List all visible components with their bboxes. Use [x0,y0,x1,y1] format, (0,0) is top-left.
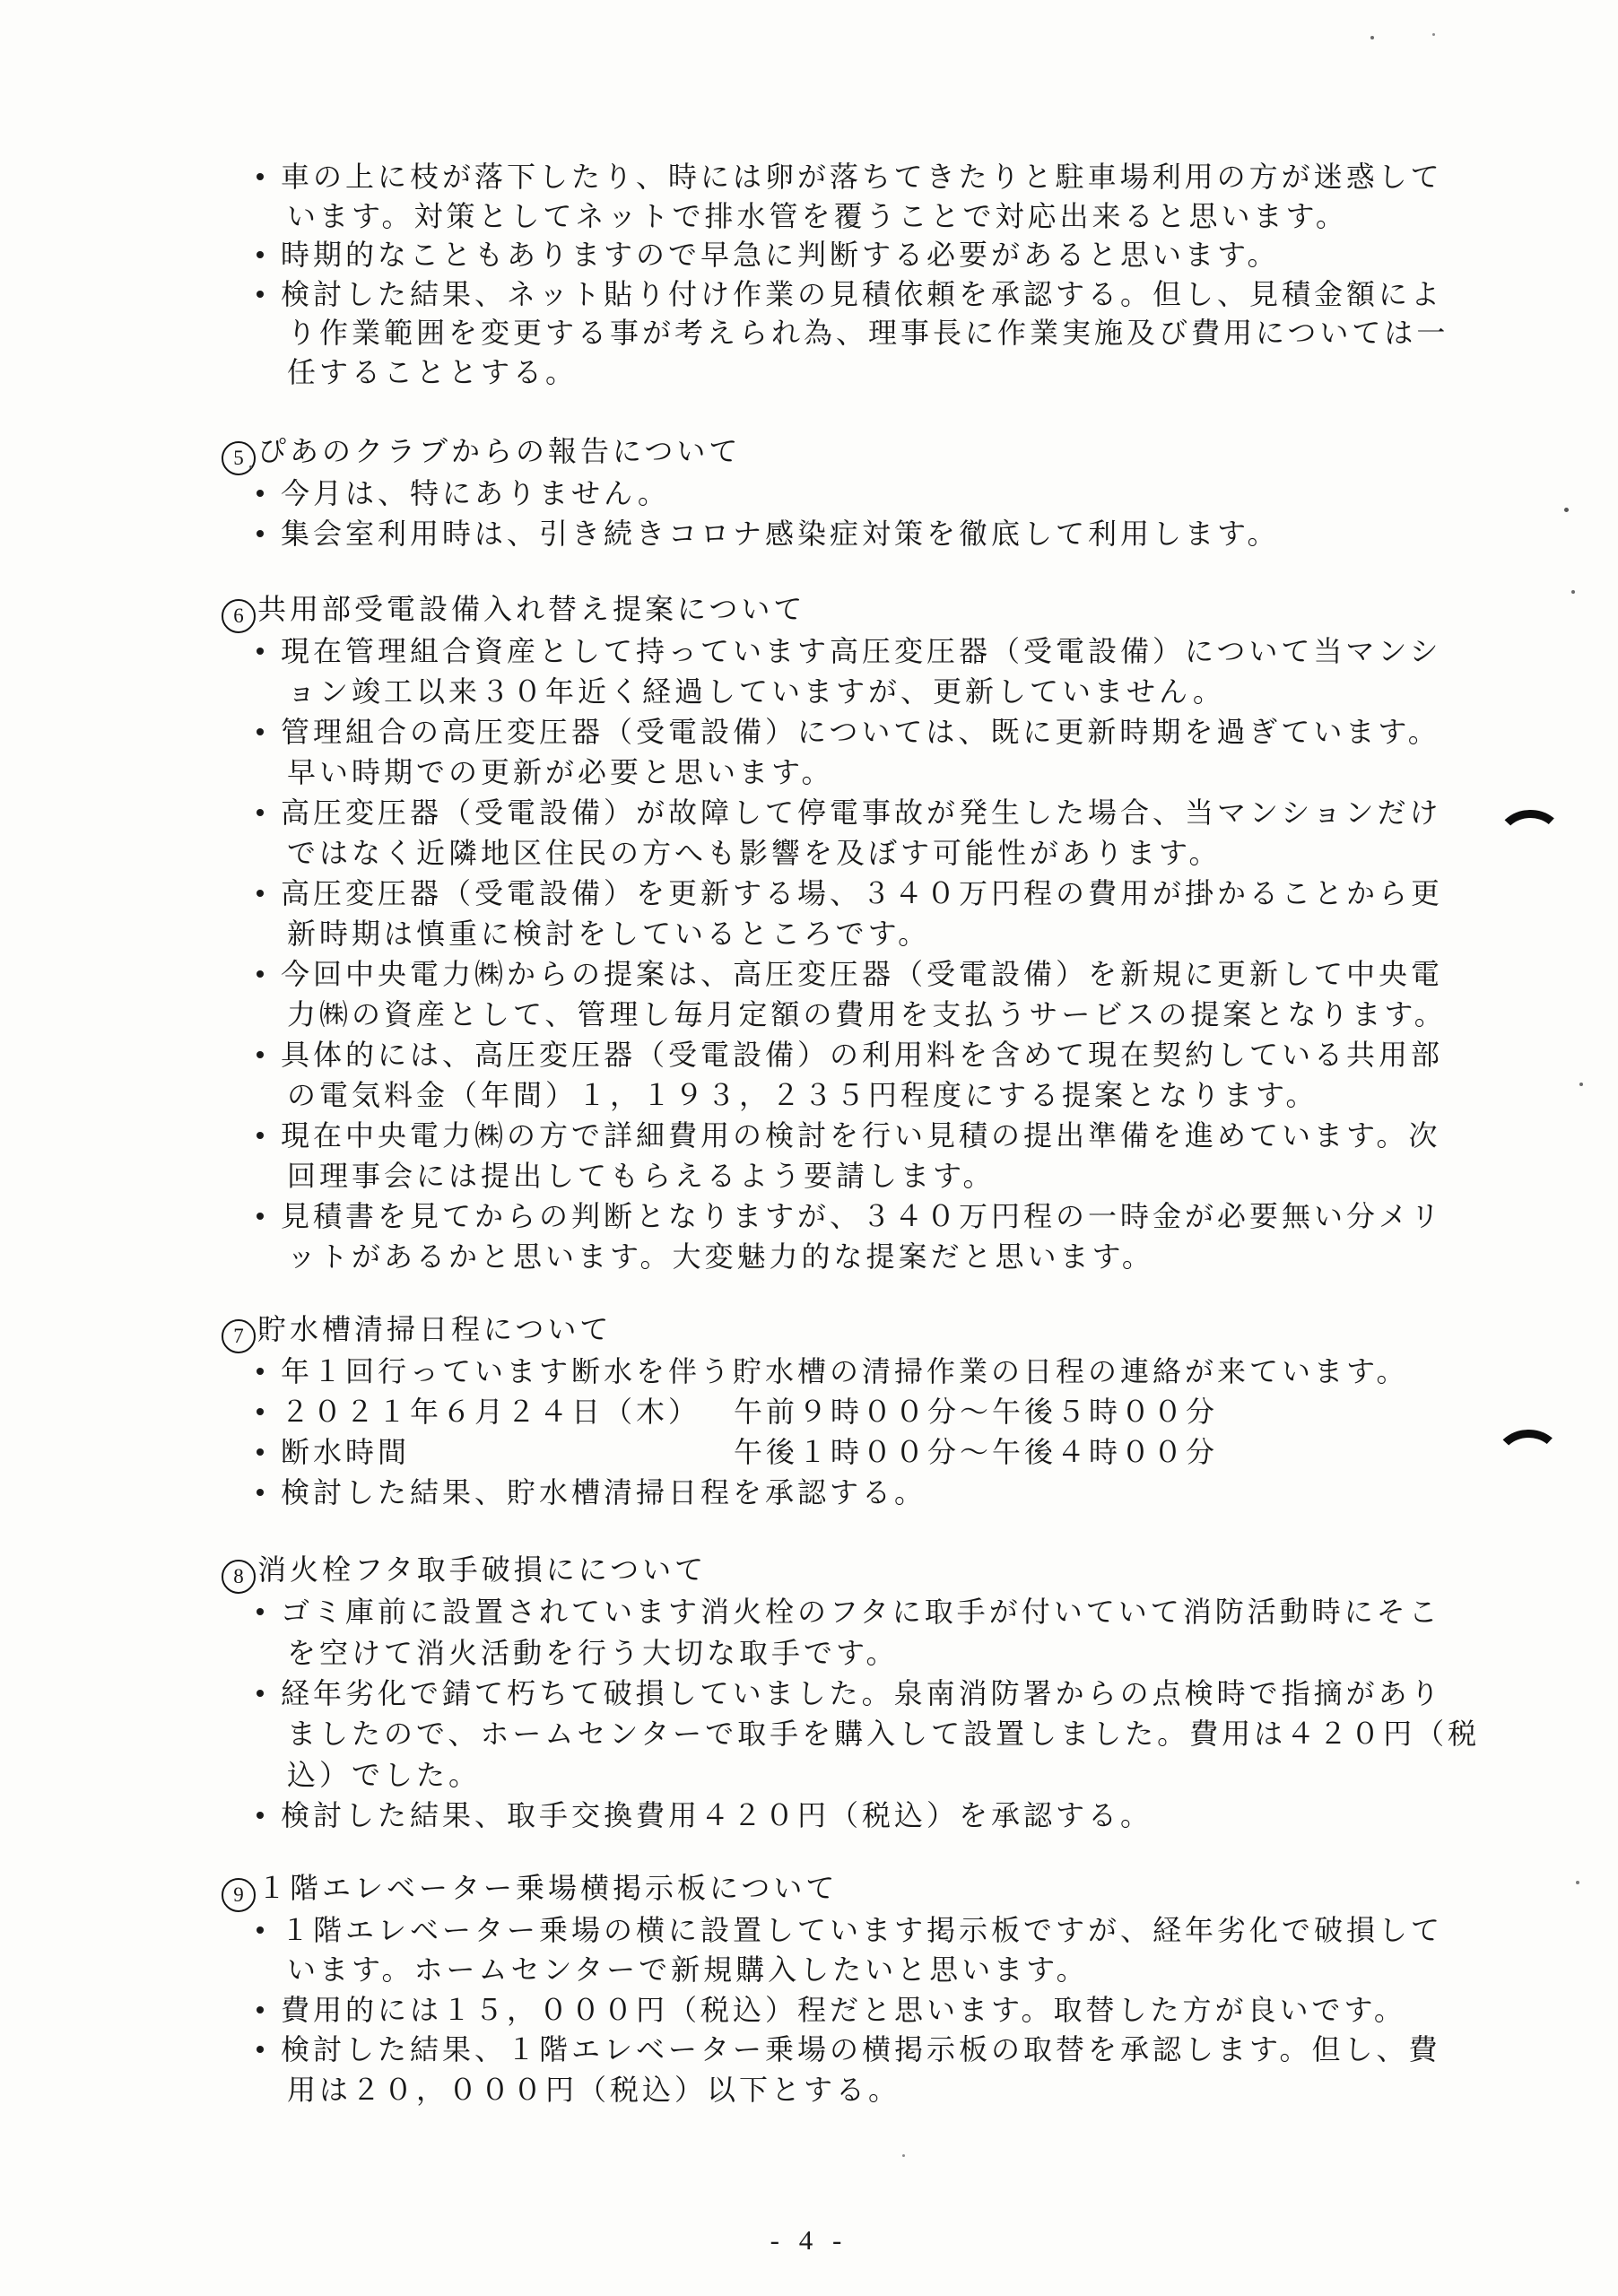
text-line: 回理事会には提出してもらえるよう要請します。 [287,1159,995,1193]
section-heading-item5: 5ぴあのクラブからの報告について [222,433,741,475]
text-line: 経年劣化で錆て朽ちて破損していました。泉南消防署からの点検時で指摘があり [281,1676,1443,1710]
bullet-dot [257,1132,264,1139]
scan-speck [1432,33,1435,36]
text-line: 検討した結果、取手交換費用４２０円（税込）を承認する。 [281,1798,1153,1832]
line-text: 今月は、特にありません。 [281,477,670,509]
line-text: 費用的には１５，０００円（税込）程だと思います。取替した方が良いです。 [281,1994,1406,2026]
bullet-dot [257,648,264,655]
circled-number: 5 [222,441,256,475]
circled-number: 8 [222,1560,256,1594]
bullet-dot [257,1368,264,1375]
text-line: 検討した結果、ネット貼り付け作業の見積依頼を承認する。但し、見積金額によ [281,277,1443,311]
line-text: の電気料金（年間）１，１９３，２３５円程度にする提案となります。 [287,1079,1318,1111]
text-line: 見積書を見てからの判断となりますが、３４０万円程の一時金が必要無い分メリ [281,1199,1443,1233]
text-line: を空けて消火活動を行う大切な取手です。 [287,1636,898,1670]
line-text: 集会室利用時は、引き続きコロナ感染症対策を徹底して利用します。 [281,517,1279,550]
line-text: 車の上に枝が落下したり、時には卵が落ちてきたりと駐車場利用の方が迷惑して [281,161,1443,193]
line-text: 管理組合の高圧変圧器（受電設備）については、既に更新時期を過ぎています。 [281,716,1440,748]
bullet-dot [257,251,264,258]
line-text: 込）でした。 [287,1759,481,1791]
scan-speck [1576,1881,1579,1884]
bullet-dot [257,2046,264,2053]
text-line: 現在管理組合資産として持っています高圧変圧器（受電設備）について当マンシ [281,634,1442,668]
scan-speck [249,465,252,468]
line-text: 高圧変圧器（受電設備）を更新する場、３４０万円程の費用が掛かることから更 [281,877,1443,909]
text-line: 検討した結果、１階エレベーター乗場の横掲示板の取替を承認します。但し、費 [281,2032,1440,2066]
section-title: ぴあのクラブからの報告について [257,435,741,467]
section-title: １階エレベーター乗場横掲示板について [257,1872,838,1904]
text-line: 用は２０，０００円（税込）以下とする。 [287,2073,900,2107]
line-text: 時期的なこともありますので早急に判断する必要があると思います。 [281,239,1279,271]
scan-speck [1370,36,1374,39]
line-text: 高圧変圧器（受電設備）が故障して停電事故が発生した場合、当マンションだけ [281,796,1442,829]
line-text: います。対策としてネットで排水管を覆うことで対応出来ると思います。 [287,200,1348,232]
section-title: 貯水槽清掃日程について [257,1313,612,1345]
text-line: の電気料金（年間）１，１９３，２３５円程度にする提案となります。 [287,1078,1318,1112]
text-line: ２０２１年６月２４日（木）午前９時００分～午後５時００分 [281,1395,700,1429]
line-text: 今回中央電力㈱からの提案は、高圧変圧器（受電設備）を新規に更新して中央電 [281,958,1443,990]
scan-speck [1571,590,1575,594]
circled-number: 7 [222,1319,256,1353]
text-line: り作業範囲を変更する事が考えられ為、理事長に作業実施及び費用については一 [287,316,1448,350]
text-line: 新時期は慎重に検討をしているところです。 [287,917,930,951]
text-line: 具体的には、高圧変圧器（受電設備）の利用料を含めて現在契約している共用部 [281,1038,1443,1072]
text-line: 込）でした。 [287,1758,481,1792]
line-text: 検討した結果、ネット貼り付け作業の見積依頼を承認する。但し、見積金額によ [281,278,1443,310]
text-line: 今回中央電力㈱からの提案は、高圧変圧器（受電設備）を新規に更新して中央電 [281,957,1443,991]
line-text: 用は２０，０００円（税込）以下とする。 [287,2074,900,2106]
circled-number: 9 [222,1878,256,1912]
text-line: 早い時期での更新が必要と思います。 [287,755,833,789]
scanned-document-page: 車の上に枝が落下したり、時には卵が落ちてきたりと駐車場利用の方が迷惑しています。… [0,0,1618,2296]
line-text: 新時期は慎重に検討をしているところです。 [287,918,930,950]
circled-number: 6 [222,599,256,633]
line-text: 具体的には、高圧変圧器（受電設備）の利用料を含めて現在契約している共用部 [281,1039,1443,1071]
text-line: 管理組合の高圧変圧器（受電設備）については、既に更新時期を過ぎています。 [281,715,1440,749]
line-text-column2: 午前９時００分～午後５時００分 [734,1395,1218,1429]
line-text: ゴミ庫前に設置されています消火栓のフタに取手が付いていて消防活動時にそこ [281,1596,1441,1628]
line-text: 回理事会には提出してもらえるよう要請します。 [287,1160,995,1192]
line-text: 年１回行っています断水を伴う貯水槽の清掃作業の日程の連絡が来ています。 [281,1355,1408,1387]
line-text-column2: 午後１時００分～午後４時００分 [734,1435,1218,1469]
scan-speck [902,2154,905,2157]
section-title: 消火栓フタ取手破損にについて [257,1553,707,1586]
bullet-dot [257,1812,264,1819]
bullet-dot [257,1051,264,1058]
text-line: 検討した結果、貯水槽清掃日程を承認する。 [281,1475,926,1509]
section-heading-item7: 7貯水槽清掃日程について [222,1311,612,1353]
section-heading-item6: 6共用部受電設備入れ替え提案について [222,591,805,633]
line-text: 現在管理組合資産として持っています高圧変圧器（受電設備）について当マンシ [281,635,1442,667]
section-heading-item8: 8消火栓フタ取手破損にについて [222,1552,707,1594]
bullet-dot [257,1926,264,1934]
line-text: ましたので、ホームセンターで取手を購入して設置しました。費用は４２０円（税 [287,1718,1480,1750]
bullet-dot [257,490,264,497]
text-line: 高圧変圧器（受電設備）が故障して停電事故が発生した場合、当マンションだけ [281,796,1442,830]
line-text: ットがあるかと思います。大変魅力的な提案だと思います。 [287,1240,1154,1273]
text-line: 現在中央電力㈱の方で詳細費用の検討を行い見積の提出準備を進めています。次 [281,1118,1440,1152]
line-text: ２０２１年６月２４日（木） [281,1396,700,1428]
bullet-dot [257,530,264,537]
scan-speck [1564,508,1569,512]
line-text: 検討した結果、貯水槽清掃日程を承認する。 [281,1476,926,1509]
bullet-dot [257,2006,264,2013]
bullet-dot [257,1690,264,1697]
text-line: ットがあるかと思います。大変魅力的な提案だと思います。 [287,1239,1154,1274]
line-text: １階エレベーター乗場の横に設置しています掲示板ですが、経年劣化で破損して [281,1914,1443,1946]
text-line: ョン竣工以来３０年近く経過していますが、更新していません。 [287,674,1225,709]
line-text: います。ホームセンターで新規購入したいと思います。 [287,1953,1089,1986]
scan-speck [1579,1083,1583,1086]
line-text: 経年劣化で錆て朽ちて破損していました。泉南消防署からの点検時で指摘があり [281,1677,1443,1709]
line-text: 検討した結果、１階エレベーター乗場の横掲示板の取替を承認します。但し、費 [281,2033,1440,2066]
line-text: 力㈱の資産として、管理し毎月定額の費用を支払うサービスの提案となります。 [287,998,1447,1031]
line-text: ョン竣工以来３０年近く経過していますが、更新していません。 [287,675,1225,708]
line-text: ではなく近隣地区住民の方へも影響を及ぼす可能性があります。 [287,837,1221,869]
bullet-dot [257,890,264,897]
line-text: 検討した結果、取手交換費用４２０円（税込）を承認する。 [281,1799,1153,1831]
text-line: ましたので、ホームセンターで取手を購入して設置しました。費用は４２０円（税 [287,1717,1480,1751]
text-line: ではなく近隣地区住民の方へも影響を及ぼす可能性があります。 [287,836,1221,870]
text-line: 任することとする。 [287,355,578,389]
page-number: - 4 - [0,2224,1618,2257]
scan-artifact-crescent [1493,1429,1563,1491]
text-line: 今月は、特にありません。 [281,476,670,510]
text-line: 時期的なこともありますので早急に判断する必要があると思います。 [281,238,1279,272]
bullet-dot [257,1489,264,1496]
bullet-dot [257,728,264,735]
section-title: 共用部受電設備入れ替え提案について [257,593,805,625]
bullet-dot [257,173,264,180]
text-line: 車の上に枝が落下したり、時には卵が落ちてきたりと駐車場利用の方が迷惑して [281,160,1443,194]
text-line: 集会室利用時は、引き続きコロナ感染症対策を徹底して利用します。 [281,517,1279,551]
bullet-dot [257,1213,264,1220]
line-text: 現在中央電力㈱の方で詳細費用の検討を行い見積の提出準備を進めています。次 [281,1119,1440,1152]
line-text: 断水時間 [281,1436,410,1468]
text-line: 力㈱の資産として、管理し毎月定額の費用を支払うサービスの提案となります。 [287,997,1447,1031]
bullet-dot [257,809,264,816]
line-text: 見積書を見てからの判断となりますが、３４０万円程の一時金が必要無い分メリ [281,1200,1443,1232]
line-text: 任することとする。 [287,356,578,388]
bullet-dot [257,970,264,978]
bullet-dot [257,1448,264,1456]
text-line: います。ホームセンターで新規購入したいと思います。 [287,1952,1089,1987]
text-line: 年１回行っています断水を伴う貯水槽の清掃作業の日程の連絡が来ています。 [281,1354,1408,1388]
text-line: 費用的には１５，０００円（税込）程だと思います。取替した方が良いです。 [281,1993,1406,2027]
text-line: １階エレベーター乗場の横に設置しています掲示板ですが、経年劣化で破損して [281,1913,1443,1947]
bullet-dot [257,1408,264,1415]
line-text: 早い時期での更新が必要と思います。 [287,756,833,788]
line-text: り作業範囲を変更する事が考えられ為、理事長に作業実施及び費用については一 [287,317,1448,349]
section-heading-item9: 9１階エレベーター乗場横掲示板について [222,1870,838,1912]
bullet-dot [257,1608,264,1615]
text-line: 断水時間午後１時００分～午後４時００分 [281,1435,410,1469]
line-text: を空けて消火活動を行う大切な取手です。 [287,1637,898,1669]
scan-artifact-crescent [1495,809,1565,871]
text-line: います。対策としてネットで排水管を覆うことで対応出来ると思います。 [287,199,1348,233]
text-line: ゴミ庫前に設置されています消火栓のフタに取手が付いていて消防活動時にそこ [281,1595,1441,1629]
text-line: 高圧変圧器（受電設備）を更新する場、３４０万円程の費用が掛かることから更 [281,876,1443,910]
bullet-dot [257,291,264,298]
